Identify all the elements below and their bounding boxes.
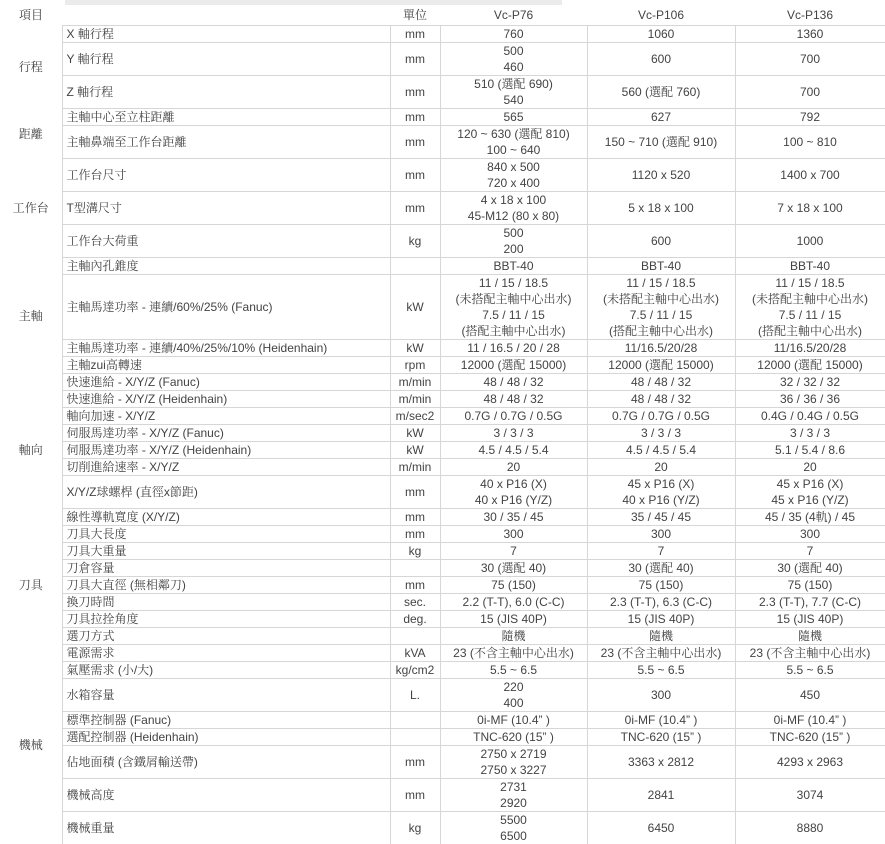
value-cell-model-2: 3363 x 2812: [587, 746, 735, 779]
unit-cell: m/min: [390, 391, 440, 408]
spec-row: 機械重量kg5500650064508880: [0, 812, 885, 844]
item-name: T型溝尺寸: [62, 192, 390, 225]
value-line: 0.4G / 0.4G / 0.5G: [736, 408, 885, 424]
value-cell-model-1: 11 / 15 / 18.5(未搭配主軸中心出水)7.5 / 11 / 15(搭…: [440, 275, 587, 340]
value-line: 45 x P16 (X): [588, 476, 735, 492]
value-line: 300: [441, 526, 587, 542]
value-line: 2.3 (T-T), 7.7 (C-C): [736, 594, 885, 610]
item-name: 工作台大荷重: [62, 225, 390, 258]
value-line: 40 x P16 (Y/Z): [441, 492, 587, 508]
value-line: 11 / 15 / 18.5: [441, 275, 587, 291]
value-line: 30 (選配 40): [441, 560, 587, 576]
value-cell-model-1: 4.5 / 4.5 / 5.4: [440, 442, 587, 459]
item-name: 換刀時間: [62, 594, 390, 611]
value-line: 20: [441, 459, 587, 475]
value-line: 5.1 / 5.4 / 8.6: [736, 442, 885, 458]
unit-cell: [390, 258, 440, 275]
value-line: 7 x 18 x 100: [736, 200, 885, 216]
value-cell-model-2: 12000 (選配 15000): [587, 357, 735, 374]
value-line: BBT-40: [736, 258, 885, 274]
value-line: 12000 (選配 15000): [441, 357, 587, 373]
value-cell-model-2: 1120 x 520: [587, 159, 735, 192]
value-cell-model-3: TNC-620 (15” ): [735, 729, 885, 746]
spec-table: 項目 單位 Vc-P76 Vc-P106 Vc-P136 行程X 軸行程mm76…: [0, 3, 885, 844]
value-cell-model-1: TNC-620 (15” ): [440, 729, 587, 746]
value-cell-model-3: 3074: [735, 779, 885, 812]
value-line: (未搭配主軸中心出水): [736, 291, 885, 307]
value-cell-model-2: 1060: [587, 26, 735, 43]
spec-row: 機械電源需求kVA23 (不含主軸中心出水)23 (不含主軸中心出水)23 (不…: [0, 645, 885, 662]
value-cell-model-3: 1360: [735, 26, 885, 43]
unit-cell: sec.: [390, 594, 440, 611]
item-name: 刀具拉拴角度: [62, 611, 390, 628]
value-cell-model-1: 220400: [440, 679, 587, 712]
value-line: 2750 x 3227: [441, 762, 587, 778]
spec-row: 刀具大直徑 (無相鄰刀)mm75 (150)75 (150)75 (150): [0, 577, 885, 594]
col-header-unit: 單位: [390, 3, 440, 26]
spec-row: 工作台大荷重kg5002006001000: [0, 225, 885, 258]
unit-cell: kW: [390, 425, 440, 442]
value-cell-model-1: 500460: [440, 43, 587, 76]
value-cell-model-1: 48 / 48 / 32: [440, 391, 587, 408]
value-cell-model-2: 6450: [587, 812, 735, 844]
item-name: 選配控制器 (Heidenhain): [62, 729, 390, 746]
value-cell-model-1: 0.7G / 0.7G / 0.5G: [440, 408, 587, 425]
spec-row: 工作台工作台尺寸mm840 x 500720 x 4001120 x 52014…: [0, 159, 885, 192]
value-cell-model-2: 600: [587, 43, 735, 76]
value-line: 300: [588, 687, 735, 703]
spec-row: 主軸馬達功率 - 連續/40%/25%/10% (Heidenhain)kW11…: [0, 340, 885, 357]
value-cell-model-1: 40 x P16 (X)40 x P16 (Y/Z): [440, 476, 587, 509]
value-cell-model-3: 1400 x 700: [735, 159, 885, 192]
value-cell-model-2: 2.3 (T-T), 6.3 (C-C): [587, 594, 735, 611]
value-line: 7.5 / 11 / 15: [441, 307, 587, 323]
value-line: 15 (JIS 40P): [736, 611, 885, 627]
value-line: 720 x 400: [441, 175, 587, 191]
value-line: 隨機: [588, 628, 735, 644]
unit-cell: m/min: [390, 374, 440, 391]
value-line: 540: [441, 92, 587, 108]
value-line: 700: [736, 84, 885, 100]
item-name: 刀具大重量: [62, 543, 390, 560]
value-cell-model-2: 2841: [587, 779, 735, 812]
value-cell-model-2: 48 / 48 / 32: [587, 374, 735, 391]
item-name: 主軸中心至立柱距離: [62, 109, 390, 126]
value-cell-model-3: 15 (JIS 40P): [735, 611, 885, 628]
spec-row: 主軸主軸內孔錐度BBT-40BBT-40BBT-40: [0, 258, 885, 275]
spec-row: 換刀時間sec.2.2 (T-T), 6.0 (C-C)2.3 (T-T), 6…: [0, 594, 885, 611]
item-name: 主軸zui高轉速: [62, 357, 390, 374]
spec-row: 刀倉容量30 (選配 40)30 (選配 40)30 (選配 40): [0, 560, 885, 577]
value-cell-model-3: 1000: [735, 225, 885, 258]
value-cell-model-3: 700: [735, 76, 885, 109]
header-row: 項目 單位 Vc-P76 Vc-P106 Vc-P136: [0, 3, 885, 26]
value-line: 120 ~ 630 (選配 810): [441, 126, 587, 142]
value-line: 100 ~ 810: [736, 134, 885, 150]
value-cell-model-3: 45 / 35 (4軌) / 45: [735, 509, 885, 526]
value-line: 7: [441, 543, 587, 559]
value-cell-model-2: 7: [587, 543, 735, 560]
value-line: 2920: [441, 795, 587, 811]
spec-row: 刀具拉拴角度deg.15 (JIS 40P)15 (JIS 40P)15 (JI…: [0, 611, 885, 628]
value-cell-model-3: 450: [735, 679, 885, 712]
spec-table-body: 行程X 軸行程mm76010601360Y 軸行程mm500460600700Z…: [0, 26, 885, 844]
spec-row: Z 軸行程mm510 (選配 690)540560 (選配 760)700: [0, 76, 885, 109]
value-cell-model-2: 隨機: [587, 628, 735, 645]
value-cell-model-3: 4293 x 2963: [735, 746, 885, 779]
value-cell-model-2: 5 x 18 x 100: [587, 192, 735, 225]
value-line: 7: [588, 543, 735, 559]
value-line: 460: [441, 59, 587, 75]
item-name: 電源需求: [62, 645, 390, 662]
value-line: 75 (150): [441, 577, 587, 593]
value-cell-model-1: 75 (150): [440, 577, 587, 594]
col-header-model-vcp106: Vc-P106: [587, 3, 735, 26]
value-line: 5.5 ~ 6.5: [588, 662, 735, 678]
item-name: 氣壓需求 (小/大): [62, 662, 390, 679]
value-line: 3363 x 2812: [588, 754, 735, 770]
value-line: 450: [736, 687, 885, 703]
value-cell-model-3: 792: [735, 109, 885, 126]
item-name: X/Y/Z球螺桿 (直徑x節距): [62, 476, 390, 509]
item-name: 快速進給 - X/Y/Z (Heidenhain): [62, 391, 390, 408]
col-header-model-vcp136: Vc-P136: [735, 3, 885, 26]
unit-cell: [390, 729, 440, 746]
top-strip: [65, 0, 562, 5]
value-line: 792: [736, 109, 885, 125]
spec-row: Y 軸行程mm500460600700: [0, 43, 885, 76]
value-line: 510 (選配 690): [441, 76, 587, 92]
item-name: 線性導軌寬度 (X/Y/Z): [62, 509, 390, 526]
value-cell-model-2: 4.5 / 4.5 / 5.4: [587, 442, 735, 459]
item-name: 標準控制器 (Fanuc): [62, 712, 390, 729]
spec-row: 刀具刀具大長度mm300300300: [0, 526, 885, 543]
unit-cell: mm: [390, 779, 440, 812]
value-line: 2750 x 2719: [441, 746, 587, 762]
value-line: 500: [441, 43, 587, 59]
value-line: 8880: [736, 820, 885, 836]
unit-cell: mm: [390, 109, 440, 126]
category-label: 行程: [0, 26, 62, 109]
value-line: 48 / 48 / 32: [588, 374, 735, 390]
value-line: 3 / 3 / 3: [736, 425, 885, 441]
item-name: 主軸馬達功率 - 連續/60%/25% (Fanuc): [62, 275, 390, 340]
value-line: (搭配主軸中心出水): [736, 323, 885, 339]
value-cell-model-2: 0.7G / 0.7G / 0.5G: [587, 408, 735, 425]
value-cell-model-1: 2.2 (T-T), 6.0 (C-C): [440, 594, 587, 611]
spec-row: 水箱容量L.220400300450: [0, 679, 885, 712]
spec-row: 伺服馬達功率 - X/Y/Z (Fanuc)kW3 / 3 / 33 / 3 /…: [0, 425, 885, 442]
spec-row: 氣壓需求 (小/大)kg/cm25.5 ~ 6.55.5 ~ 6.55.5 ~ …: [0, 662, 885, 679]
spec-row: 主軸馬達功率 - 連續/60%/25% (Fanuc)kW11 / 15 / 1…: [0, 275, 885, 340]
item-name: 刀倉容量: [62, 560, 390, 577]
item-name: Z 軸行程: [62, 76, 390, 109]
value-line: 3 / 3 / 3: [441, 425, 587, 441]
value-line: 23 (不含主軸中心出水): [441, 645, 587, 661]
value-line: 150 ~ 710 (選配 910): [588, 134, 735, 150]
item-name: 主軸內孔錐度: [62, 258, 390, 275]
value-cell-model-3: 12000 (選配 15000): [735, 357, 885, 374]
value-line: 30 / 35 / 45: [441, 509, 587, 525]
value-cell-model-3: 32 / 32 / 32: [735, 374, 885, 391]
value-line: 32 / 32 / 32: [736, 374, 885, 390]
value-cell-model-3: 30 (選配 40): [735, 560, 885, 577]
spec-row: 快速進給 - X/Y/Z (Heidenhain)m/min48 / 48 / …: [0, 391, 885, 408]
value-cell-model-2: 48 / 48 / 32: [587, 391, 735, 408]
value-cell-model-3: 11/16.5/20/28: [735, 340, 885, 357]
value-cell-model-2: 30 (選配 40): [587, 560, 735, 577]
value-line: 600: [588, 51, 735, 67]
unit-cell: m/min: [390, 459, 440, 476]
value-line: 11/16.5/20/28: [588, 340, 735, 356]
value-line: BBT-40: [588, 258, 735, 274]
value-line: 40 x P16 (Y/Z): [588, 492, 735, 508]
value-cell-model-3: 0.4G / 0.4G / 0.5G: [735, 408, 885, 425]
unit-cell: [390, 560, 440, 577]
value-line: 3 / 3 / 3: [588, 425, 735, 441]
item-name: 切削進給速率 - X/Y/Z: [62, 459, 390, 476]
value-line: 300: [588, 526, 735, 542]
value-line: 40 x P16 (X): [441, 476, 587, 492]
spec-row: 切削進給速率 - X/Y/Zm/min202020: [0, 459, 885, 476]
spec-row: 選刀方式隨機隨機隨機: [0, 628, 885, 645]
spec-row: X/Y/Z球螺桿 (直徑x節距)mm40 x P16 (X)40 x P16 (…: [0, 476, 885, 509]
col-header-item: 項目: [0, 3, 62, 26]
value-line: 300: [736, 526, 885, 542]
value-cell-model-2: 75 (150): [587, 577, 735, 594]
unit-cell: [390, 628, 440, 645]
value-cell-model-2: 560 (選配 760): [587, 76, 735, 109]
spec-row: 選配控制器 (Heidenhain)TNC-620 (15” )TNC-620 …: [0, 729, 885, 746]
item-name: 主軸鼻端至工作台距離: [62, 126, 390, 159]
category-label: 距離: [0, 109, 62, 159]
item-name: X 軸行程: [62, 26, 390, 43]
value-cell-model-1: 5.5 ~ 6.5: [440, 662, 587, 679]
unit-cell: mm: [390, 476, 440, 509]
value-line: (未搭配主軸中心出水): [441, 291, 587, 307]
value-line: 1060: [588, 26, 735, 42]
spec-row: 伺服馬達功率 - X/Y/Z (Heidenhain)kW4.5 / 4.5 /…: [0, 442, 885, 459]
unit-cell: [390, 712, 440, 729]
value-cell-model-1: 27312920: [440, 779, 587, 812]
category-label: 機械: [0, 645, 62, 844]
value-cell-model-3: 3 / 3 / 3: [735, 425, 885, 442]
value-cell-model-2: BBT-40: [587, 258, 735, 275]
value-line: 0i-MF (10.4” ): [736, 712, 885, 728]
unit-cell: kg: [390, 812, 440, 844]
value-cell-model-2: 627: [587, 109, 735, 126]
value-line: 23 (不含主軸中心出水): [736, 645, 885, 661]
value-cell-model-1: 3 / 3 / 3: [440, 425, 587, 442]
unit-cell: mm: [390, 159, 440, 192]
spec-row: 距離主軸中心至立柱距離mm565627792: [0, 109, 885, 126]
value-line: 0.7G / 0.7G / 0.5G: [588, 408, 735, 424]
value-cell-model-3: BBT-40: [735, 258, 885, 275]
item-name: 伺服馬達功率 - X/Y/Z (Fanuc): [62, 425, 390, 442]
value-line: 20: [736, 459, 885, 475]
value-cell-model-2: 5.5 ~ 6.5: [587, 662, 735, 679]
value-cell-model-2: 300: [587, 679, 735, 712]
spec-row: 佔地面積 (含鐵屑輸送帶)mm2750 x 27192750 x 3227336…: [0, 746, 885, 779]
value-line: 1400 x 700: [736, 167, 885, 183]
item-name: 主軸馬達功率 - 連續/40%/25%/10% (Heidenhain): [62, 340, 390, 357]
value-cell-model-3: 隨機: [735, 628, 885, 645]
item-name: 軸向加速 - X/Y/Z: [62, 408, 390, 425]
value-line: 48 / 48 / 32: [441, 391, 587, 407]
value-cell-model-1: 300: [440, 526, 587, 543]
category-label: 軸向: [0, 374, 62, 526]
value-cell-model-1: 30 / 35 / 45: [440, 509, 587, 526]
value-line: 11 / 15 / 18.5: [588, 275, 735, 291]
value-line: 2731: [441, 779, 587, 795]
col-header-name-spacer: [62, 3, 390, 26]
spec-row: 主軸鼻端至工作台距離mm120 ~ 630 (選配 810)100 ~ 6401…: [0, 126, 885, 159]
spec-row: 軸向加速 - X/Y/Zm/sec20.7G / 0.7G / 0.5G0.7G…: [0, 408, 885, 425]
value-line: 11/16.5/20/28: [736, 340, 885, 356]
value-cell-model-2: 35 / 45 / 45: [587, 509, 735, 526]
value-line: 220: [441, 679, 587, 695]
value-line: (未搭配主軸中心出水): [588, 291, 735, 307]
value-cell-model-2: 600: [587, 225, 735, 258]
item-name: 工作台尺寸: [62, 159, 390, 192]
item-name: 刀具大直徑 (無相鄰刀): [62, 577, 390, 594]
value-line: 1120 x 520: [588, 167, 735, 183]
value-cell-model-3: 75 (150): [735, 577, 885, 594]
unit-cell: mm: [390, 43, 440, 76]
value-line: TNC-620 (15” ): [736, 729, 885, 745]
spec-row: T型溝尺寸mm4 x 18 x 10045-M12 (80 x 80)5 x 1…: [0, 192, 885, 225]
value-line: (搭配主軸中心出水): [588, 323, 735, 339]
value-cell-model-3: 20: [735, 459, 885, 476]
value-line: 隨機: [736, 628, 885, 644]
value-line: 35 / 45 / 45: [588, 509, 735, 525]
value-line: 3074: [736, 787, 885, 803]
value-cell-model-2: 20: [587, 459, 735, 476]
unit-cell: m/sec2: [390, 408, 440, 425]
value-line: 565: [441, 109, 587, 125]
value-cell-model-1: 760: [440, 26, 587, 43]
col-header-model-vcp76: Vc-P76: [440, 3, 587, 26]
value-cell-model-1: 120 ~ 630 (選配 810)100 ~ 640: [440, 126, 587, 159]
item-name: 快速進給 - X/Y/Z (Fanuc): [62, 374, 390, 391]
value-cell-model-2: 300: [587, 526, 735, 543]
value-cell-model-1: 4 x 18 x 10045-M12 (80 x 80): [440, 192, 587, 225]
item-name: Y 軸行程: [62, 43, 390, 76]
value-line: 11 / 15 / 18.5: [736, 275, 885, 291]
value-cell-model-1: 565: [440, 109, 587, 126]
value-line: 11 / 16.5 / 20 / 28: [441, 340, 587, 356]
value-line: 36 / 36 / 36: [736, 391, 885, 407]
value-line: 75 (150): [736, 577, 885, 593]
unit-cell: kW: [390, 340, 440, 357]
value-line: (搭配主軸中心出水): [441, 323, 587, 339]
value-line: 7: [736, 543, 885, 559]
unit-cell: mm: [390, 509, 440, 526]
value-cell-model-2: TNC-620 (15” ): [587, 729, 735, 746]
value-line: 15 (JIS 40P): [441, 611, 587, 627]
item-name: 水箱容量: [62, 679, 390, 712]
unit-cell: kW: [390, 275, 440, 340]
value-cell-model-3: 7: [735, 543, 885, 560]
value-line: 627: [588, 109, 735, 125]
value-line: 6500: [441, 828, 587, 844]
value-line: 560 (選配 760): [588, 84, 735, 100]
value-line: 5.5 ~ 6.5: [441, 662, 587, 678]
value-cell-model-1: 2750 x 27192750 x 3227: [440, 746, 587, 779]
value-line: 0i-MF (10.4” ): [441, 712, 587, 728]
unit-cell: kVA: [390, 645, 440, 662]
value-line: 12000 (選配 15000): [588, 357, 735, 373]
category-label: 工作台: [0, 159, 62, 258]
value-line: 4.5 / 4.5 / 5.4: [441, 442, 587, 458]
value-line: 5500: [441, 812, 587, 828]
value-line: 2841: [588, 787, 735, 803]
value-cell-model-3: 300: [735, 526, 885, 543]
value-line: 4 x 18 x 100: [441, 192, 587, 208]
spec-row: 刀具大重量kg777: [0, 543, 885, 560]
category-label: 刀具: [0, 526, 62, 645]
value-line: 600: [588, 233, 735, 249]
value-cell-model-2: 23 (不含主軸中心出水): [587, 645, 735, 662]
value-line: 4.5 / 4.5 / 5.4: [588, 442, 735, 458]
value-cell-model-1: 12000 (選配 15000): [440, 357, 587, 374]
value-cell-model-1: BBT-40: [440, 258, 587, 275]
spec-row: 行程X 軸行程mm76010601360: [0, 26, 885, 43]
value-line: 12000 (選配 15000): [736, 357, 885, 373]
value-line: 1000: [736, 233, 885, 249]
spec-row: 標準控制器 (Fanuc)0i-MF (10.4” )0i-MF (10.4” …: [0, 712, 885, 729]
value-cell-model-2: 11 / 15 / 18.5(未搭配主軸中心出水)7.5 / 11 / 15(搭…: [587, 275, 735, 340]
value-cell-model-1: 15 (JIS 40P): [440, 611, 587, 628]
value-line: 700: [736, 51, 885, 67]
value-line: 1360: [736, 26, 885, 42]
value-line: 7.5 / 11 / 15: [736, 307, 885, 323]
spec-row: 主軸zui高轉速rpm12000 (選配 15000)12000 (選配 150…: [0, 357, 885, 374]
value-line: 7.5 / 11 / 15: [588, 307, 735, 323]
value-line: 20: [588, 459, 735, 475]
value-line: BBT-40: [441, 258, 587, 274]
category-label: 主軸: [0, 258, 62, 374]
value-line: 6450: [588, 820, 735, 836]
unit-cell: mm: [390, 192, 440, 225]
value-cell-model-2: 0i-MF (10.4” ): [587, 712, 735, 729]
spec-row: 軸向快速進給 - X/Y/Z (Fanuc)m/min48 / 48 / 324…: [0, 374, 885, 391]
item-name: 佔地面積 (含鐵屑輸送帶): [62, 746, 390, 779]
unit-cell: kW: [390, 442, 440, 459]
value-line: 48 / 48 / 32: [441, 374, 587, 390]
value-line: 45 x P16 (X): [736, 476, 885, 492]
value-line: 15 (JIS 40P): [588, 611, 735, 627]
value-line: 100 ~ 640: [441, 142, 587, 158]
value-cell-model-3: 5.5 ~ 6.5: [735, 662, 885, 679]
value-cell-model-3: 100 ~ 810: [735, 126, 885, 159]
value-line: 5.5 ~ 6.5: [736, 662, 885, 678]
value-cell-model-3: 2.3 (T-T), 7.7 (C-C): [735, 594, 885, 611]
unit-cell: mm: [390, 526, 440, 543]
value-cell-model-3: 700: [735, 43, 885, 76]
value-line: 隨機: [441, 628, 587, 644]
value-line: 45 / 35 (4軌) / 45: [736, 509, 885, 525]
value-cell-model-3: 5.1 / 5.4 / 8.6: [735, 442, 885, 459]
value-line: 4293 x 2963: [736, 754, 885, 770]
value-cell-model-1: 840 x 500720 x 400: [440, 159, 587, 192]
value-cell-model-3: 45 x P16 (X)45 x P16 (Y/Z): [735, 476, 885, 509]
value-cell-model-1: 48 / 48 / 32: [440, 374, 587, 391]
value-line: 400: [441, 695, 587, 711]
spec-sheet: 項目 單位 Vc-P76 Vc-P106 Vc-P136 行程X 軸行程mm76…: [0, 0, 885, 844]
value-cell-model-1: 55006500: [440, 812, 587, 844]
value-cell-model-1: 510 (選配 690)540: [440, 76, 587, 109]
